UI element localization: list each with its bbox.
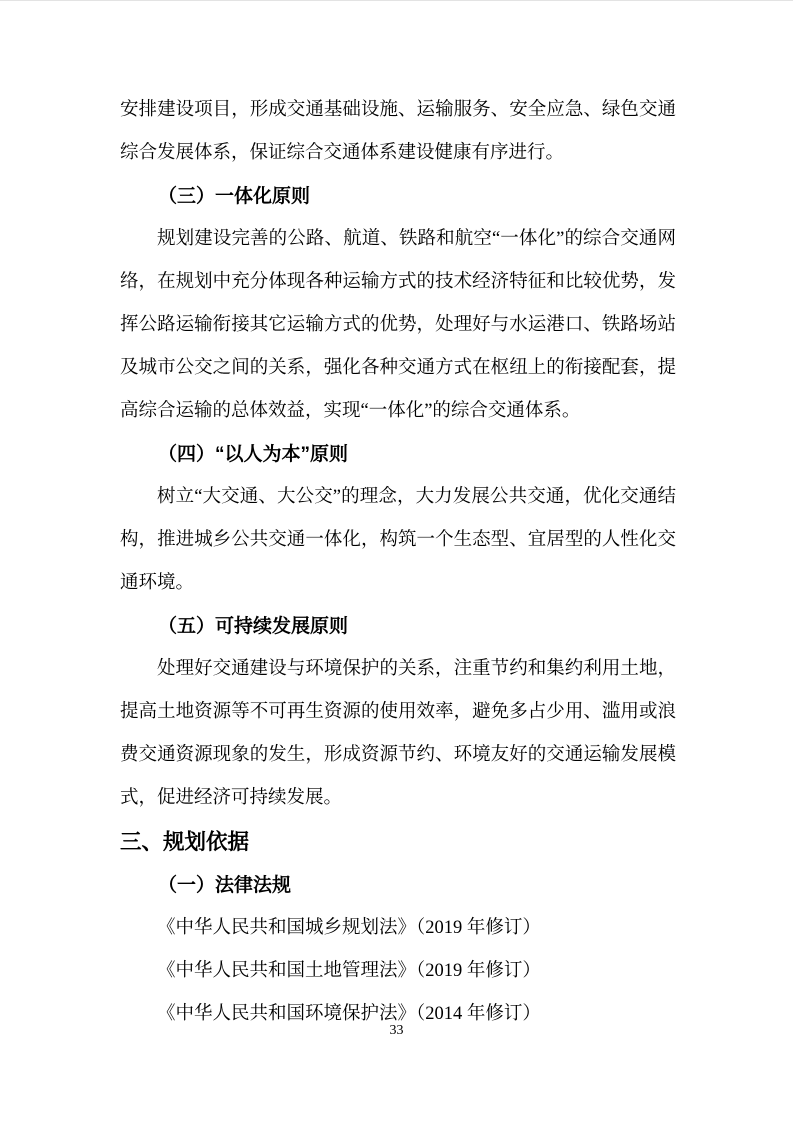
section-paragraph-sustainable-development-principle: 处理好交通建设与环境保护的关系，注重节约和集约利用土地，提高土地资源等不可再生资… <box>120 648 676 820</box>
section-paragraph-people-oriented-principle: 树立“大交通、大公交”的理念，大力发展公共交通，优化交通结构，推进城乡公共交通一… <box>120 476 676 605</box>
law-item-land-administration-law: 《中华人民共和国土地管理法》（2019 年修订） <box>120 950 676 993</box>
page-content: 安排建设项目，形成交通基础设施、运输服务、安全应急、绿色交通综合发展体系，保证综… <box>120 89 676 1036</box>
section-paragraph-integration-principle: 规划建设完善的公路、航道、铁路和航空“一体化”的综合交通网络，在规划中充分体现各… <box>120 218 676 433</box>
document-page: 安排建设项目，形成交通基础设施、运输服务、安全应急、绿色交通综合发展体系，保证综… <box>0 0 793 1122</box>
paragraph-continuation: 安排建设项目，形成交通基础设施、运输服务、安全应急、绿色交通综合发展体系，保证综… <box>120 89 676 175</box>
section-heading-integration-principle: （三）一体化原则 <box>120 175 676 218</box>
page-number: 33 <box>0 1023 793 1039</box>
chapter-heading-planning-basis: 三、规划依据 <box>120 820 676 864</box>
section-heading-people-oriented-principle: （四）“以人为本”原则 <box>120 433 676 476</box>
subsection-heading-laws-regulations: （一）法律法规 <box>120 864 676 907</box>
law-item-urban-rural-planning-law: 《中华人民共和国城乡规划法》（2019 年修订） <box>120 907 676 950</box>
section-heading-sustainable-development-principle: （五）可持续发展原则 <box>120 605 676 648</box>
